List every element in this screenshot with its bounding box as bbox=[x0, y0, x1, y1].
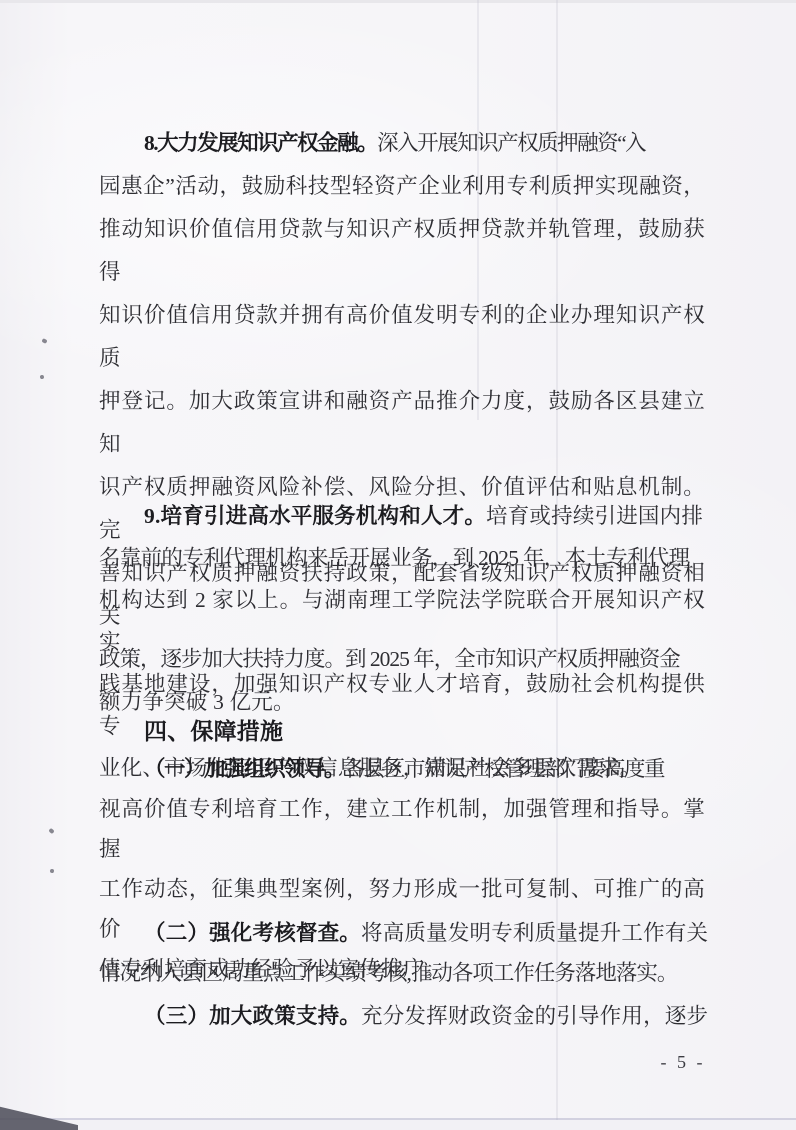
section-heading-text: 四、保障措施 bbox=[144, 719, 283, 744]
text-line: 情况纳入县区局重点工作实绩考核,推动各项工作任务落地落实。 bbox=[99, 953, 705, 993]
subsection-2: （二）强化考核督查。将高质量发明专利质量提升工作有关 情况纳入县区局重点工作实绩… bbox=[99, 913, 705, 993]
text-line: 视高价值专利培育工作，建立工作机制，加强管理和指导。掌握 bbox=[99, 789, 705, 869]
scan-bottom-strip bbox=[0, 1120, 796, 1130]
subsection-3: （三）加大政策支持。充分发挥财政资金的引导作用，逐步 bbox=[99, 995, 705, 1037]
scan-speck bbox=[41, 338, 47, 344]
text-line: 名靠前的专利代理机构来岳开展业务，到 2025 年，本土专利代理 bbox=[99, 537, 705, 579]
text-line: 机构达到 2 家以上。与湖南理工学院法学院联合开展知识产权实 bbox=[99, 579, 705, 663]
text-line: （二）强化考核督查。将高质量发明专利质量提升工作有关 bbox=[99, 913, 705, 953]
text-line: 9.培育引进高水平服务机构和人才。培育或持续引进国内排 bbox=[99, 495, 705, 537]
section-heading-line: 四、保障措施 bbox=[99, 710, 705, 753]
line-lead-bold: 8.大力发展知识产权金融。 bbox=[144, 131, 377, 155]
line-text: 深入开展知识产权质押融资“入 bbox=[377, 131, 645, 155]
text-line: （三）加大政策支持。充分发挥财政资金的引导作用，逐步 bbox=[99, 995, 705, 1037]
line-lead-bold: 9.培育引进高水平服务机构和人才。 bbox=[144, 504, 486, 528]
scanned-document-page: 8.大力发展知识产权金融。深入开展知识产权质押融资“入 园惠企”活动，鼓励科技型… bbox=[0, 0, 796, 1130]
page-corner-fold-artifact bbox=[0, 1103, 78, 1130]
text-line: 园惠企”活动，鼓励科技型轻资产企业利用专利质押实现融资， bbox=[99, 165, 705, 208]
line-lead-bold: （二）强化考核督查。 bbox=[144, 921, 361, 945]
line-text: 培育或持续引进国内排 bbox=[486, 504, 703, 528]
text-line: 知识价值信用贷款并拥有高价值发明专利的企业办理知识产权质 bbox=[99, 294, 705, 380]
line-text: 充分发挥财政资金的引导作用，逐步 bbox=[361, 1004, 708, 1028]
line-text: 各县区市知识产权管理部门要高度重 bbox=[344, 757, 664, 781]
text-line: 推动知识价值信用贷款与知识产权质押贷款并轨管理，鼓励获得 bbox=[99, 208, 705, 294]
scan-speck bbox=[48, 828, 54, 834]
scan-speck bbox=[50, 869, 55, 874]
text-line: 8.大力发展知识产权金融。深入开展知识产权质押融资“入 bbox=[99, 122, 705, 165]
section-heading: 四、保障措施 bbox=[99, 710, 705, 753]
page-number: - 5 - bbox=[648, 1052, 718, 1073]
text-line: （一）加强组织领导。各县区市知识产权管理部门要高度重 bbox=[99, 749, 705, 789]
line-text: 将高质量发明专利质量提升工作有关 bbox=[361, 921, 708, 945]
scan-speck bbox=[40, 375, 45, 380]
line-lead-bold: （一）加强组织领导。 bbox=[144, 757, 344, 781]
text-line: 押登记。加大政策宣讲和融资产品推介力度，鼓励各区县建立知 bbox=[99, 380, 705, 466]
line-lead-bold: （三）加大政策支持。 bbox=[144, 1004, 361, 1028]
scan-edge-shadow bbox=[0, 0, 796, 3]
